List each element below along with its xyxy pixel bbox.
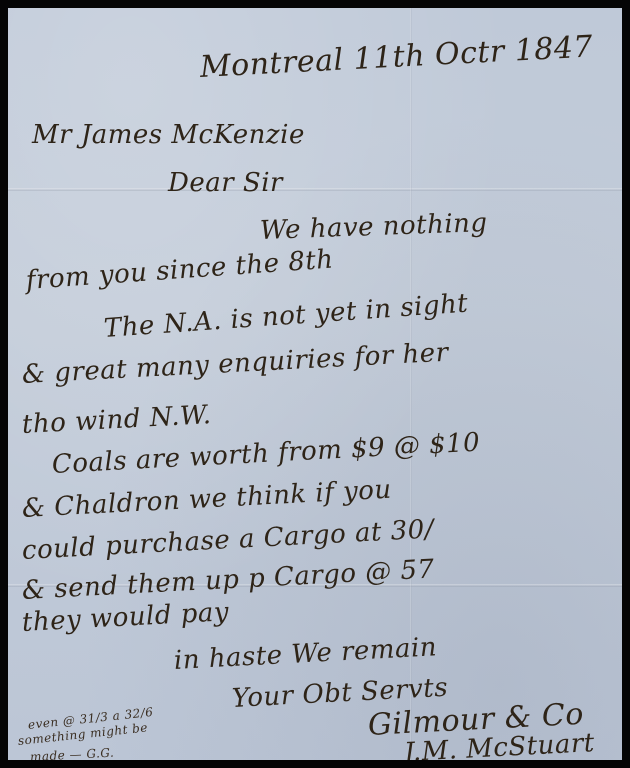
addressee: Mr James McKenzie <box>32 120 305 150</box>
salutation: Dear Sir <box>168 168 283 198</box>
body-line: We have nothing <box>259 208 488 246</box>
dateline: Montreal 11th Octr 1847 <box>199 29 594 85</box>
body-line: Coals are worth from $9 @ $10 <box>51 428 481 480</box>
body-line: from you since the 8th <box>25 245 335 296</box>
marginal-note-line: made — G.G. <box>30 746 115 760</box>
body-line: The N.A. is not yet in sight <box>103 289 469 344</box>
body-line: tho wind N.W. <box>21 400 212 440</box>
letter-paper: Montreal 11th Octr 1847 Mr James McKenzi… <box>8 8 622 760</box>
closing-line: in haste We remain <box>173 632 438 676</box>
body-line: & Chaldron we think if you <box>21 475 392 524</box>
body-line: & great many enquiries for her <box>21 338 449 390</box>
horizontal-fold-line <box>8 188 622 191</box>
